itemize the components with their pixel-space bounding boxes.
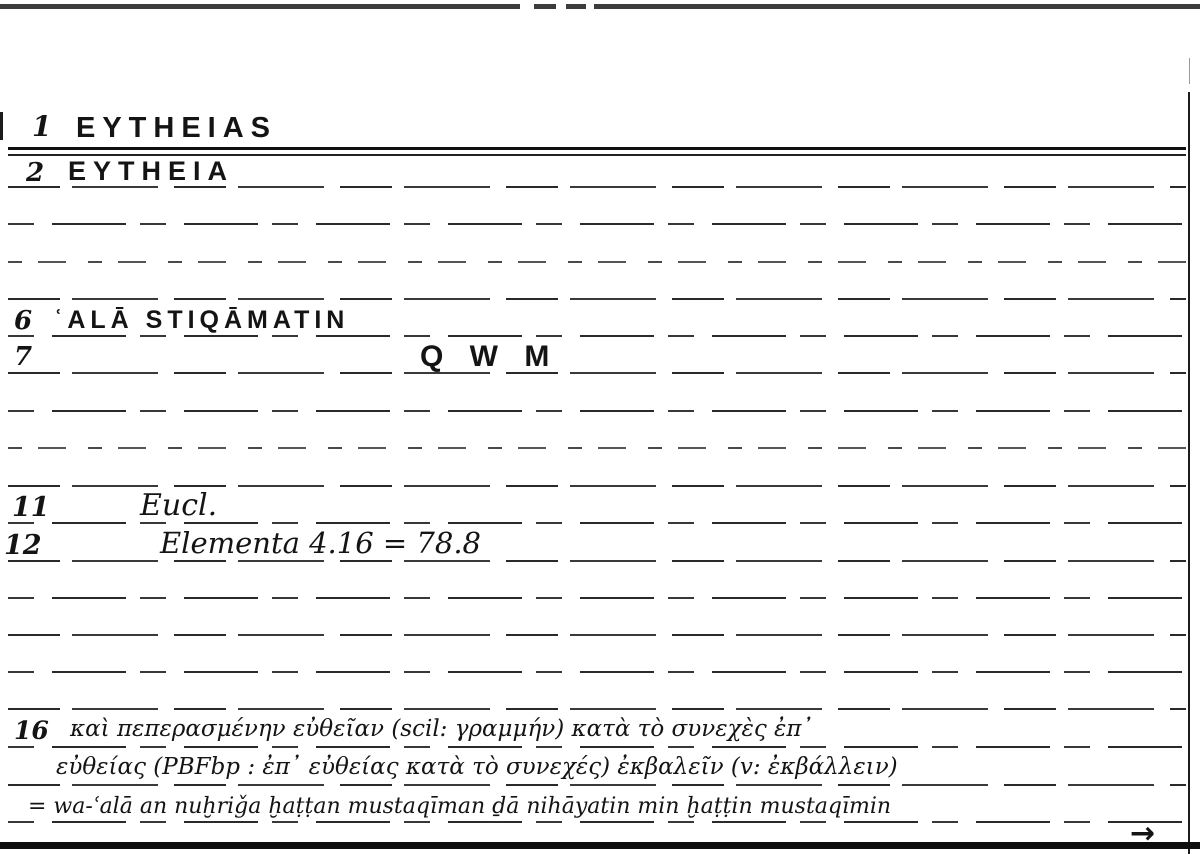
scan-right-border	[1188, 92, 1190, 854]
line-number: 2	[26, 158, 44, 188]
scan-artifact	[1189, 58, 1190, 84]
line-number: 12	[4, 530, 42, 561]
line-number: 16	[14, 716, 49, 745]
entry-text-ala-stiqamatin: ʿALĀ STIQĀMATIN	[54, 306, 349, 335]
ruled-line	[8, 372, 1186, 374]
ruled-line	[8, 746, 1186, 748]
entry-text-greek-line1: καὶ πεπερασμένην εὐθεῖαν (scil: γραμμήν)…	[70, 716, 813, 742]
ruled-line	[8, 410, 1186, 412]
line-number: 11	[12, 492, 50, 523]
ruled-line	[8, 784, 1186, 786]
entry-text-arabic-transliteration: = wa-ʿalā an nuḫriǧa ḫaṭṭan mustaqīman ḏ…	[28, 794, 891, 819]
scan-top-border	[0, 4, 1200, 9]
entry-text-eytheias: EYTHEIAS	[76, 112, 277, 145]
ruled-line	[8, 821, 1186, 823]
ruled-line	[8, 485, 1186, 487]
continuation-arrow-icon: →	[1130, 816, 1155, 851]
entry-text-elementa-ref: Elementa 4.16 = 78.8	[160, 526, 481, 560]
ruled-line	[8, 447, 1186, 449]
ruled-line	[8, 708, 1186, 710]
entry-text-eucl: Eucl.	[140, 488, 217, 523]
line-number: 6	[14, 306, 32, 336]
entry-text-qwm: Q W M	[420, 340, 558, 374]
entry-text-eytheia: EYTHEIA	[68, 156, 234, 187]
ruled-line	[8, 147, 1186, 150]
ruled-line	[8, 597, 1186, 599]
scan-left-border	[0, 112, 3, 140]
scan-artifact	[586, 3, 594, 10]
lexicon-slip-card: 1 EYTHEIAS 2 EYTHEIA 6 ʿALĀ STIQĀMATIN 7…	[0, 0, 1200, 854]
scan-bottom-border	[0, 842, 1200, 849]
ruled-line	[8, 634, 1186, 636]
ruled-line	[8, 223, 1186, 225]
ruled-line	[8, 298, 1186, 300]
scan-artifact	[556, 3, 566, 10]
ruled-line	[8, 560, 1186, 562]
ruled-line	[8, 335, 1186, 337]
scan-artifact	[520, 3, 534, 10]
entry-text-greek-line2: εὐθείας (PBFbp : ἐπ᾽ εὐθείας κατὰ τὸ συν…	[56, 754, 898, 780]
ruled-line	[8, 671, 1186, 673]
line-number: 7	[14, 342, 32, 372]
line-number: 1	[32, 110, 51, 143]
ruled-line	[8, 261, 1186, 263]
